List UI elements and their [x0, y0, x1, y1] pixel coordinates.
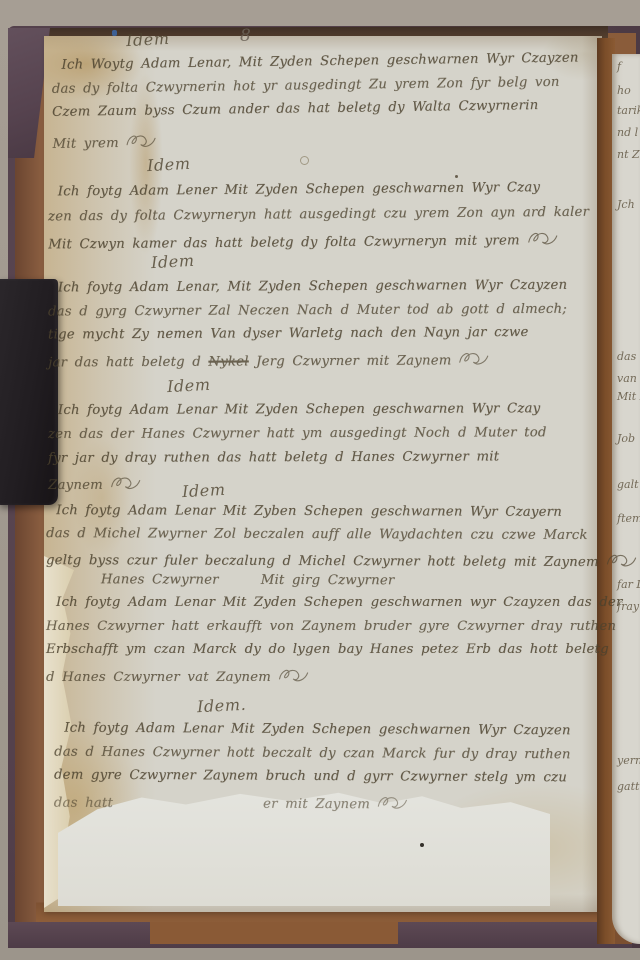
struck-word: Nykel: [208, 354, 248, 369]
idem-header: Idem.: [197, 695, 247, 717]
text-line: zen das der Hanes Czwyrner hatt ym ausge…: [48, 425, 600, 451]
line-text: das d Michel Zwyrner Zol beczalen auff a…: [46, 526, 588, 543]
line-text: er mit Zaynem: [263, 796, 370, 812]
line-text: Ich foytg Adam Lenar Mit Zyden Schepen g…: [64, 721, 571, 739]
paraph-flourish-icon: [605, 551, 639, 570]
line-text: tige mycht Zy nemen Van dyser Warletg na…: [48, 325, 529, 343]
ink-ring-mark: [300, 156, 309, 165]
ink-speck: [455, 175, 458, 178]
line-text: zen das der Hanes Czwyrner hatt ym ausge…: [48, 425, 547, 442]
line-text: Mit Czwyn kamer das hatt beletg dy folta…: [48, 233, 520, 252]
line-text: Erbschafft ym czan Marck dy do lygen bay…: [46, 642, 609, 657]
text-line: Mit Czwyn kamer das hatt beletg dy folta…: [48, 229, 600, 257]
text-line: Zaynem: [48, 472, 600, 497]
text-line: tige mycht Zy nemen Van dyser Warletg na…: [48, 325, 600, 351]
text-line: dem gyre Czwyrner Zaynem bruch und d gyr…: [54, 768, 606, 794]
text-line: Erbschafft ym czan Marck dy do lygen bay…: [46, 642, 598, 666]
text-line: fyr jar dy dray ruthen das hatt beletg d…: [48, 449, 600, 474]
paragraph: Ich foytg Adam Lenar Mit Zyden Schepen g…: [54, 721, 606, 818]
line-text: das hatt: [54, 795, 113, 810]
handwriting-layer: 8 Idem Ich Woytg Adam Lenar, Mit Zyden S…: [0, 0, 640, 960]
line-text: d Hanes Czwyrner vat Zaynem: [46, 670, 271, 685]
paragraph: Ich Woytg Adam Lenar, Mit Zyden Schepen …: [51, 50, 604, 156]
paraph-flourish-icon: [376, 793, 410, 812]
blue-speck: [112, 30, 117, 36]
text-line: Ich foytg Adam Lenar Mit Zyden Schepen g…: [46, 595, 598, 619]
paragraph: Ich foytg Adam Lenar Mit Zyden Schepen g…: [46, 595, 598, 689]
line-text: jar das hatt beletg d: [48, 354, 208, 370]
line-text: fyr jar dy dray ruthen das hatt beletg d…: [48, 449, 499, 466]
paragraph: Ich foytg Adam Lenar Mit Zyden Schepen g…: [48, 401, 600, 497]
idem-header: Idem: [147, 154, 192, 175]
paraph-flourish-icon: [457, 349, 491, 368]
line-text: Hanes Czwyrner hatt erkaufft von Zaynem …: [46, 619, 616, 634]
ink-speck: [420, 843, 424, 847]
text-line: Ich foytg Adam Lenar Mit Zyben Schepen g…: [46, 503, 598, 528]
idem-header: Idem: [167, 375, 212, 396]
line-text: Ich foytg Adam Lener Mit Zyden Schepen g…: [58, 180, 541, 199]
idem-header: Idem: [126, 29, 171, 50]
paraph-flourish-icon: [125, 131, 159, 150]
line-text: Ich foytg Adam Lenar Mit Zyden Schepen g…: [58, 401, 541, 418]
text-line: das d Hanes Czwyrner hott beczalt dy cza…: [54, 744, 606, 770]
text-line: geltg byss czur fuler beczalung d Michel…: [46, 549, 598, 574]
paraph-flourish-icon: [109, 474, 143, 493]
paraph-flourish-icon: [526, 229, 560, 248]
paragraph: Ich foytg Adam Lener Mit Zyden Schepen g…: [48, 180, 601, 257]
text-line: jar das hatt beletg d Nykel Jerg Czwyrne…: [48, 348, 600, 374]
text-line: Hanes CzwyrnerMit girg Czwyrner: [46, 572, 598, 597]
line-text: Ich foytg Adam Lenar, Mit Zyden Schepen …: [58, 278, 568, 296]
page-number: 8: [240, 26, 251, 46]
text-line: das hatter mit Zaynem: [54, 791, 606, 817]
line-text: Zaynem: [48, 478, 103, 493]
idem-header: Idem: [151, 251, 196, 272]
text-line: das d Michel Zwyrner Zol beczalen auff a…: [46, 526, 598, 551]
paragraph: Ich foytg Adam Lenar Mit Zyben Schepen g…: [46, 503, 598, 597]
paragraph: Ich foytg Adam Lenar, Mit Zyden Schepen …: [48, 278, 600, 375]
text-line: Ich foytg Adam Lenar Mit Zyden Schepen g…: [54, 721, 606, 747]
line-text: Ich foytg Adam Lenar Mit Zyden Schepen g…: [56, 595, 623, 610]
idem-header: Idem: [182, 480, 227, 501]
line-text: geltg byss czur fuler beczalung d Michel…: [46, 553, 599, 570]
photo-background: f ho tarik nd l nt Z Jch das van Mit Z J…: [0, 0, 640, 960]
text-line: das d gyrg Czwyrner Zal Neczen Nach d Mu…: [48, 301, 600, 327]
abraded-gap: [113, 806, 263, 807]
line-text: Hanes Czwyrner: [101, 572, 219, 587]
line-text: das d Hanes Czwyrner hott beczalt dy cza…: [54, 744, 571, 762]
line-text: Ich Woytg Adam Lenar, Mit Zyden Schepen …: [61, 50, 578, 72]
line-text: das d gyrg Czwyrner Zal Neczen Nach d Mu…: [48, 301, 567, 319]
line-text: dem gyre Czwyrner Zaynem bruch und d gyr…: [54, 768, 567, 786]
text-line: Ich foytg Adam Lenar Mit Zyden Schepen g…: [48, 401, 600, 427]
line-text: Jerg Czwyrner mit Zaynem: [249, 353, 452, 369]
line-text: Ich foytg Adam Lenar Mit Zyben Schepen g…: [56, 503, 562, 520]
line-text: Mit yrem: [52, 136, 118, 152]
line-text: Mit girg Czwyrner: [261, 573, 395, 588]
text-line: d Hanes Czwyrner vat Zaynem: [46, 666, 598, 690]
paraph-flourish-icon: [277, 666, 311, 685]
text-line: Ich foytg Adam Lenar, Mit Zyden Schepen …: [48, 278, 600, 304]
text-line: Hanes Czwyrner hatt erkaufft von Zaynem …: [46, 619, 598, 643]
